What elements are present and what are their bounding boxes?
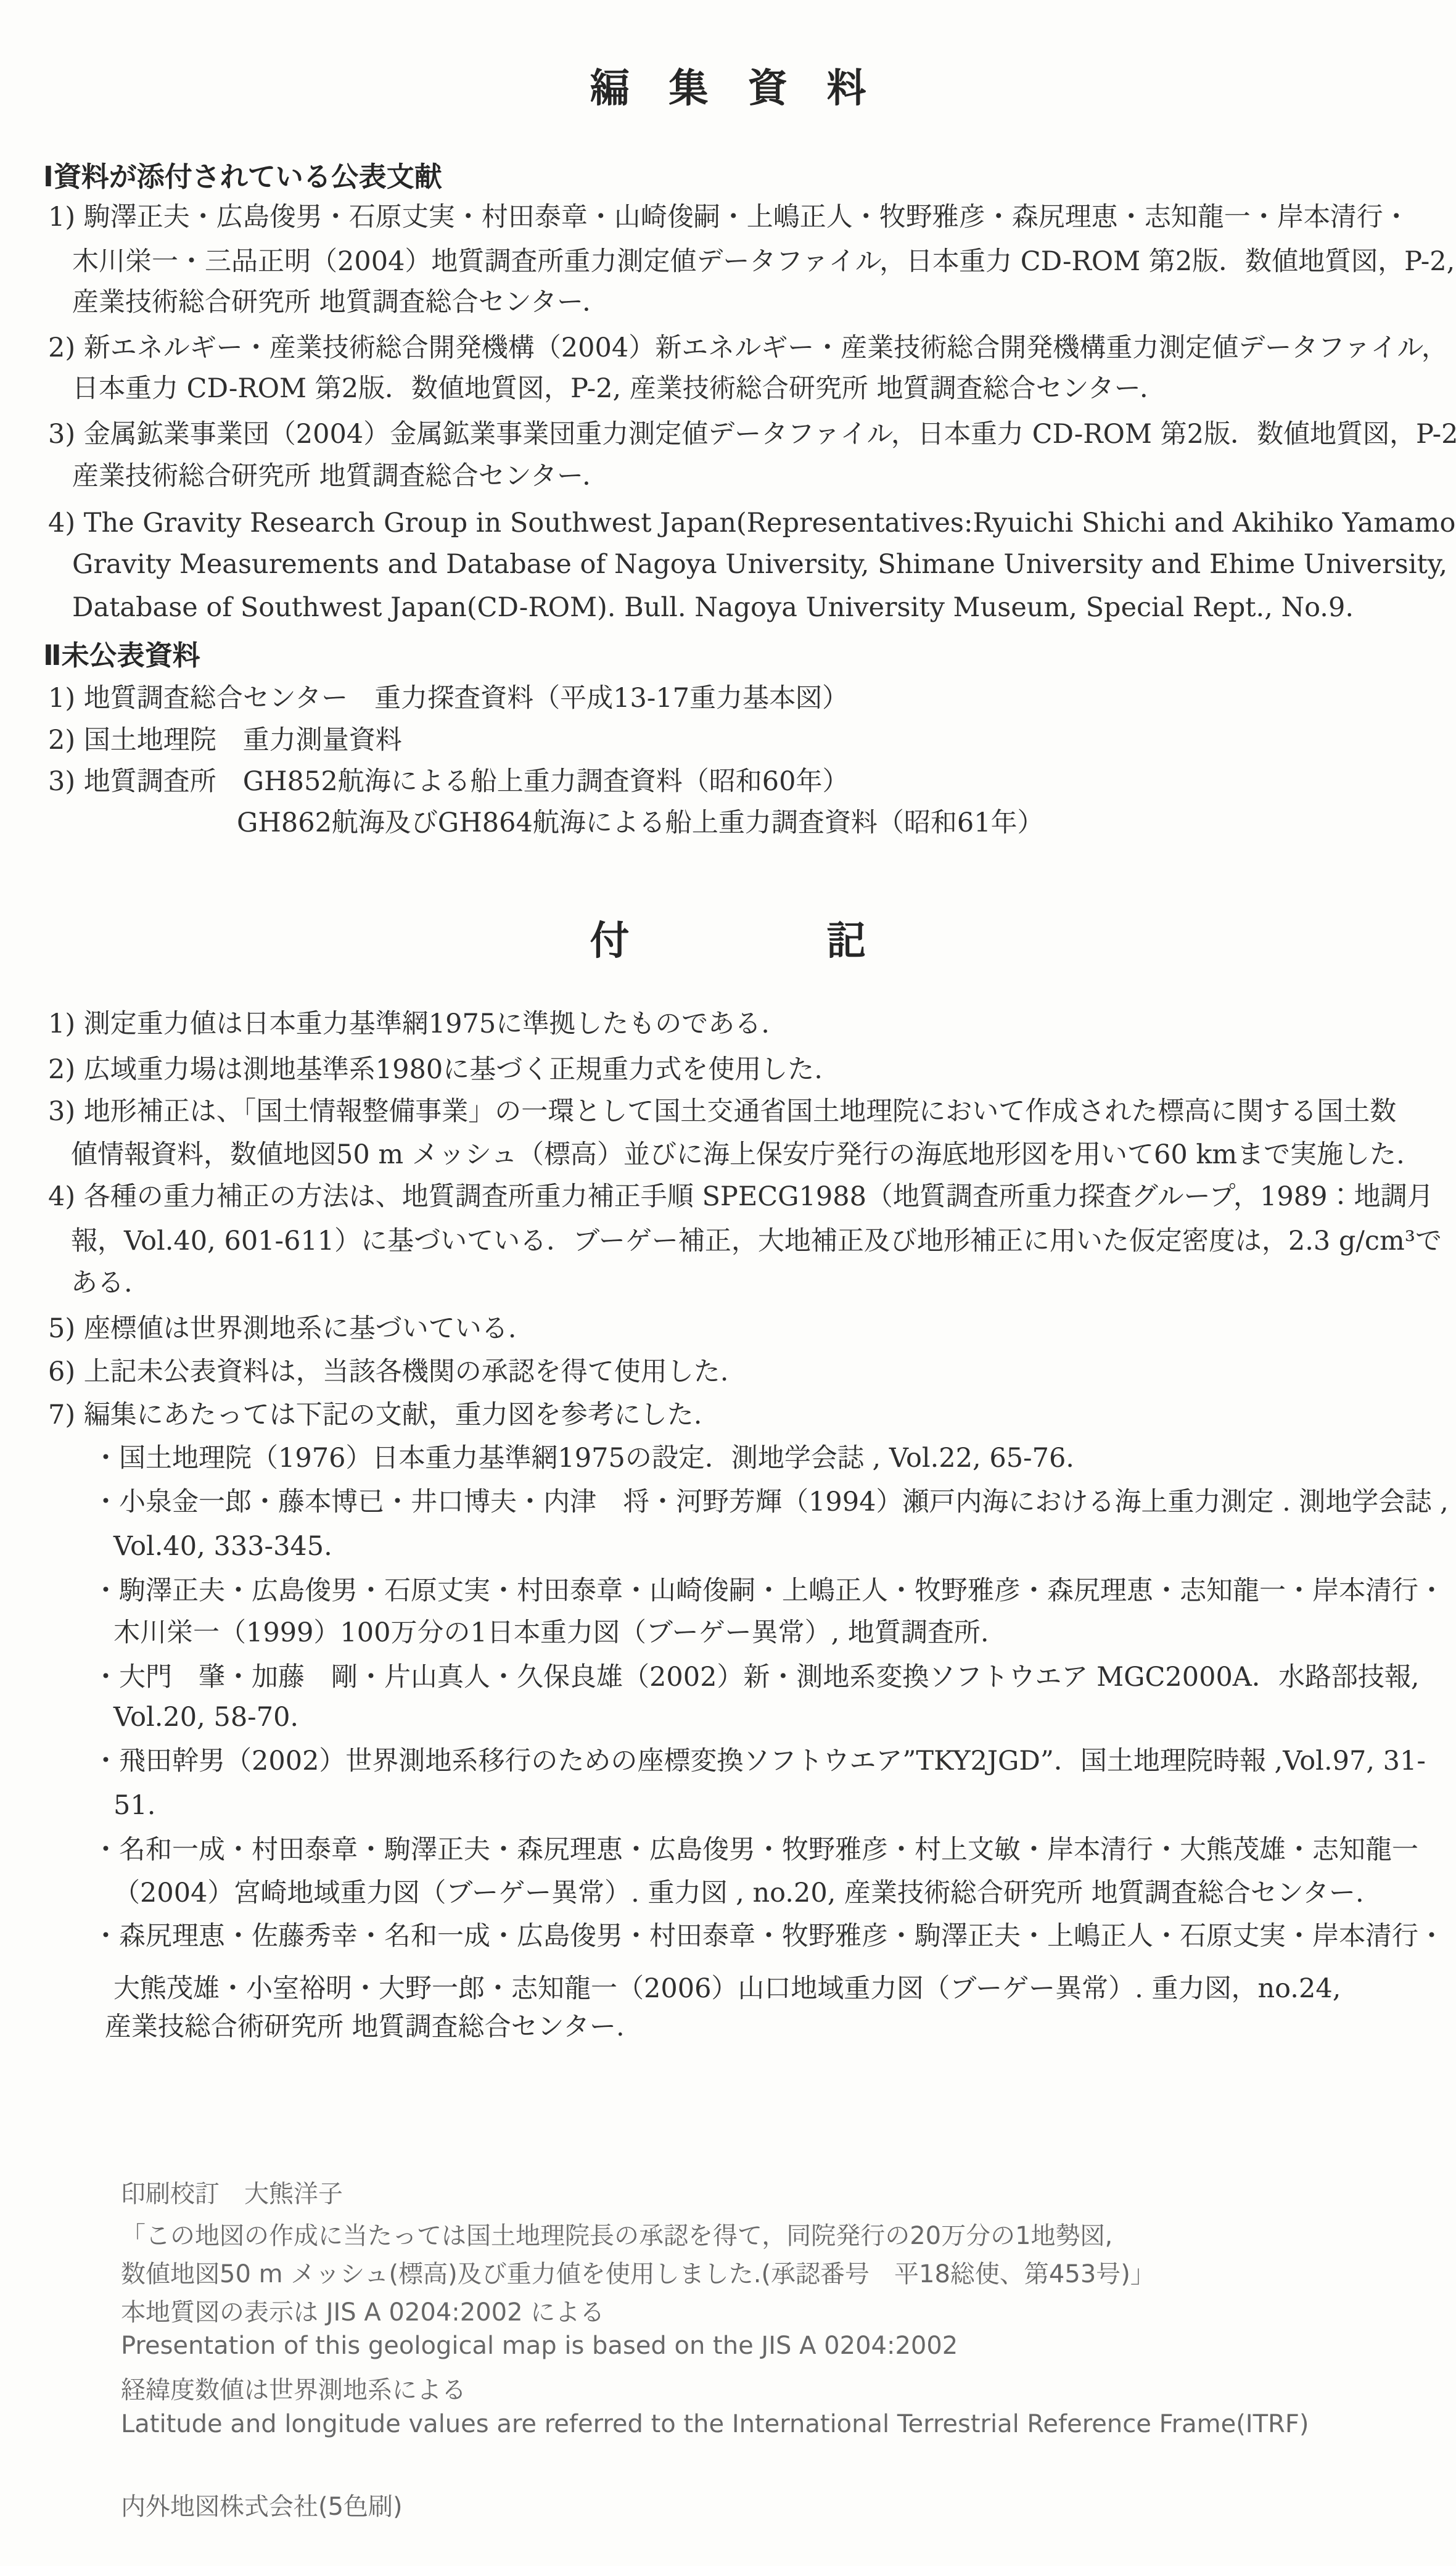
jis-note-ja: 本地質図の表示は JIS A 0204:2002 による bbox=[121, 2293, 604, 2328]
reference-line: 2) 新エネルギー・産業技術総合開発機構（2004）新エネルギー・産業技術総合開… bbox=[48, 333, 1448, 363]
cited-reference-line: Vol.20, 58-70. bbox=[113, 1702, 298, 1733]
note-line: 6) 上記未公表資料は，当該各機関の承認を得て使用した. bbox=[48, 1357, 728, 1387]
cited-reference-line: ・名和一成・村田泰章・駒澤正夫・森尻理恵・広島俊男・牧野雅彦・村上文敏・岸本清行… bbox=[93, 1835, 1418, 1865]
cited-reference-line: Vol.40, 333-345. bbox=[113, 1532, 332, 1562]
note-line: 7) 編集にあたっては下記の文献，重力図を参考にした. bbox=[48, 1400, 702, 1430]
cited-reference-line: ・駒澤正夫・広島俊男・石原丈実・村田泰章・山崎俊嗣・上嶋正人・牧野雅彦・森尻理恵… bbox=[93, 1576, 1445, 1606]
cited-reference-line: 産業技総合術研究所 地質調査総合センター. bbox=[105, 2012, 625, 2042]
reference-line: Database of Southwest Japan(CD-ROM). Bul… bbox=[72, 593, 1354, 623]
list-item: 3) 地質調査所 GH852航海による船上重力調査資料（昭和60年） bbox=[48, 767, 849, 797]
approval-note-line: 数値地図50 m メッシュ(標高)及び重力値を使用しました.(承認番号 平18総… bbox=[121, 2255, 1155, 2290]
section-heading-published: Ⅰ資料が添付されている公表文献 bbox=[43, 154, 442, 194]
cited-reference-line: ・国土地理院（1976）日本重力基準網1975の設定．測地学会誌 , Vol.2… bbox=[93, 1443, 1074, 1474]
appendix-title: 付 記 bbox=[0, 909, 1456, 966]
cited-reference-line: （2004）宮崎地域重力図（ブーゲー異常）. 重力図 , no.20, 産業技術… bbox=[113, 1878, 1364, 1908]
reference-line: 産業技術総合研究所 地質調査総合センター． bbox=[72, 461, 609, 492]
cited-reference-line: ・飛田幹男（2002）世界測地系移行のための座標変換ソフトウエア”TKY2JGD… bbox=[93, 1746, 1426, 1776]
cited-reference-line: ・小泉金一郎・藤本博已・井口博夫・内津 将・河野芳輝（1994）瀬戸内海における… bbox=[93, 1487, 1449, 1517]
publisher: 内外地図株式会社(5色刷) bbox=[121, 2487, 403, 2522]
note-line: 4) 各種の重力補正の方法は、地質調査所重力補正手順 SPECG1988（地質調… bbox=[48, 1182, 1433, 1212]
note-line: 値情報資料，数値地図50 m メッシュ（標高）並びに海上保安庁発行の海底地形図を… bbox=[71, 1140, 1405, 1170]
approval-note-line: 「この地図の作成に当たっては国土地理院長の承認を得て，同院発行の20万分の1地勢… bbox=[121, 2216, 1113, 2251]
print-credit: 印刷校訂 大熊洋子 bbox=[121, 2174, 343, 2209]
reference-line: 3) 金属鉱業事業団（2004）金属鉱業事業団重力測定値データファイル，日本重力… bbox=[48, 419, 1456, 450]
cited-reference-line: ・大門 肇・加藤 剛・片山真人・久保良雄（2002）新・測地系変換ソフトウエア … bbox=[93, 1662, 1420, 1693]
reference-line: 木川栄一・三品正明（2004）地質調査所重力測定値データファイル，日本重力 CD… bbox=[72, 247, 1455, 277]
cited-reference-line: 大熊茂雄・小室裕明・大野一郎・志知龍一（2006）山口地域重力図（ブーゲー異常）… bbox=[113, 1974, 1341, 2004]
document-page: 編 集 資 料 Ⅰ資料が添付されている公表文献 1) 駒澤正夫・広島俊男・石原丈… bbox=[0, 0, 1456, 2566]
reference-line: Gravity Measurements and Database of Nag… bbox=[72, 550, 1456, 580]
datum-note-en: Latitude and longitude values are referr… bbox=[121, 2410, 1309, 2438]
note-line: 報，Vol.40, 601-611）に基づいている．ブーゲー補正，大地補正及び地… bbox=[71, 1226, 1442, 1256]
note-line: 3) 地形補正は、「国土情報整備事業」の一環として国土交通省国土地理院において作… bbox=[48, 1097, 1396, 1127]
cited-reference-line: ・森尻理恵・佐藤秀幸・名和一成・広島俊男・村田泰章・牧野雅彦・駒澤正夫・上嶋正人… bbox=[93, 1921, 1445, 1952]
note-line: 2) 広域重力場は測地基準系1980に基づく正規重力式を使用した. bbox=[48, 1055, 823, 1085]
cited-reference-line: 51. bbox=[113, 1791, 155, 1821]
section-heading-unpublished: Ⅱ未公表資料 bbox=[43, 633, 200, 673]
reference-line: 1) 駒澤正夫・広島俊男・石原丈実・村田泰章・山崎俊嗣・上嶋正人・牧野雅彦・森尻… bbox=[48, 202, 1410, 233]
list-item: 1) 地質調査総合センター 重力探査資料（平成13-17重力基本図） bbox=[48, 683, 849, 714]
cited-reference-line: 木川栄一（1999）100万分の1日本重力図（ブーゲー異常）, 地質調査所. bbox=[113, 1618, 989, 1648]
note-line: 5) 座標値は世界測地系に基づいている. bbox=[48, 1314, 516, 1344]
reference-line: 4) The Gravity Research Group in Southwe… bbox=[48, 508, 1456, 538]
note-line: ある. bbox=[71, 1268, 133, 1298]
page-title: 編 集 資 料 bbox=[0, 57, 1456, 113]
reference-line: 産業技術総合研究所 地質調査総合センター． bbox=[72, 287, 609, 318]
datum-note-ja: 経緯度数値は世界測地系による bbox=[121, 2370, 466, 2406]
reference-line: 日本重力 CD-ROM 第2版．数値地質図，P-2, 産業技術総合研究所 地質調… bbox=[72, 374, 1166, 404]
jis-note-en: Presentation of this geological map is b… bbox=[121, 2332, 958, 2360]
list-item-continuation: GH862航海及びGH864航海による船上重力調査資料（昭和61年） bbox=[237, 808, 1044, 838]
list-item: 2) 国土地理院 重力測量資料 bbox=[48, 725, 402, 756]
note-line: 1) 測定重力値は日本重力基準網1975に準拠したものである. bbox=[48, 1009, 770, 1039]
